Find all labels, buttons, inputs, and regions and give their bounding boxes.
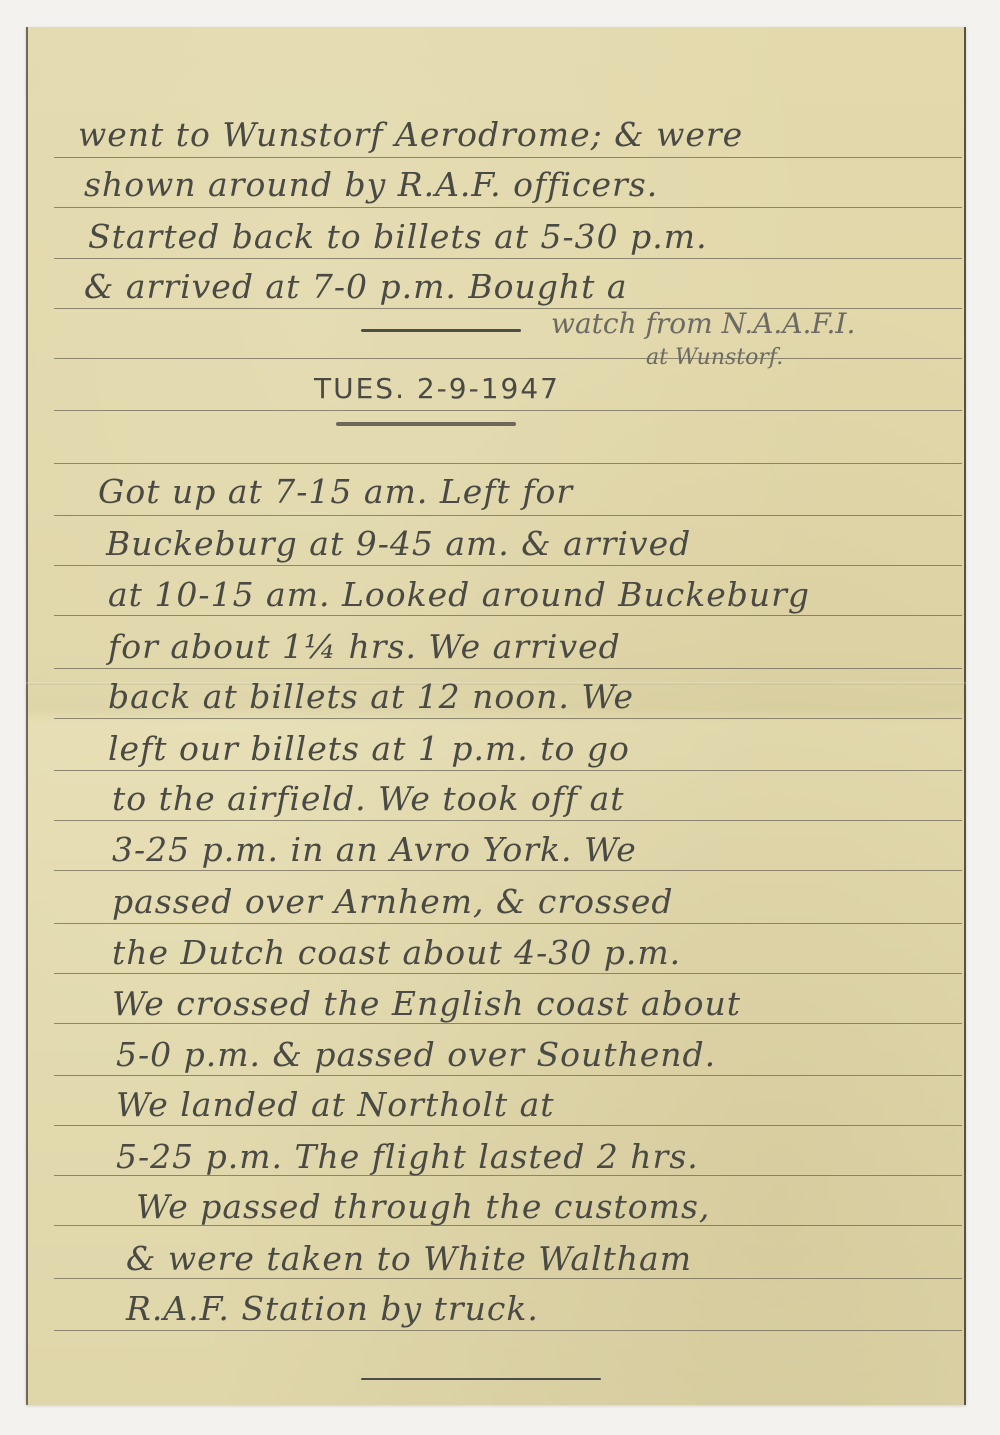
diary-page: went to Wunstorf Aerodrome; & were shown… [26, 27, 966, 1405]
text-line: to the airfield. We took off at [112, 779, 625, 818]
ruled-line [54, 718, 962, 719]
ruled-line [54, 1023, 962, 1024]
ruled-line [54, 1330, 962, 1331]
text-line: Got up at 7-15 am. Left for [98, 472, 573, 511]
ruled-line [54, 358, 962, 359]
text-line: back at billets at 12 noon. We [108, 677, 634, 716]
ruled-line [54, 1125, 962, 1126]
entry-date-heading: TUES. 2-9-1947 [314, 372, 560, 405]
text-line: We landed at Northolt at [116, 1085, 555, 1124]
text-line: went to Wunstorf Aerodrome; & were [78, 115, 743, 154]
text-line: Started back to billets at 5-30 p.m. [88, 217, 708, 256]
margin-annotation: watch from N.A.A.F.I. [551, 307, 855, 340]
text-line: We crossed the English coast about [112, 984, 741, 1023]
text-line: & were taken to White Waltham [126, 1239, 692, 1278]
ruled-line [54, 820, 962, 821]
closing-underline [361, 1378, 601, 1380]
text-line: 5-25 p.m. The flight lasted 2 hrs. [116, 1137, 699, 1176]
text-line: left our billets at 1 p.m. to go [108, 729, 630, 768]
ruled-line [54, 515, 962, 516]
ruled-line [54, 923, 962, 924]
text-line: R.A.F. Station by truck. [126, 1289, 539, 1328]
ruled-line [54, 207, 962, 208]
text-line: passed over Arnhem, & crossed [112, 882, 674, 921]
ruled-line [54, 770, 962, 771]
section-divider-stroke [361, 329, 521, 332]
ruled-line [54, 463, 962, 464]
text-line: 3-25 p.m. in an Avro York. We [112, 830, 637, 869]
text-line: Buckeburg at 9-45 am. & arrived [106, 524, 691, 563]
text-line: 5-0 p.m. & passed over Southend. [116, 1035, 716, 1074]
ruled-line [54, 973, 962, 974]
ruled-line [54, 615, 962, 616]
text-line: for about 1¼ hrs. We arrived [108, 627, 621, 666]
ruled-line [54, 410, 962, 411]
ruled-line [54, 157, 962, 158]
heading-underline [336, 422, 516, 426]
margin-annotation: at Wunstorf. [646, 345, 783, 370]
ruled-line [54, 565, 962, 566]
text-line: at 10-15 am. Looked around Buckeburg [108, 575, 810, 614]
ruled-line [54, 668, 962, 669]
text-line: the Dutch coast about 4-30 p.m. [112, 933, 681, 972]
ruled-line [54, 1278, 962, 1279]
text-line: & arrived at 7-0 p.m. Bought a [84, 267, 628, 306]
ruled-line [54, 870, 962, 871]
text-line: shown around by R.A.F. officers. [84, 165, 658, 204]
ruled-line [54, 258, 962, 259]
text-line: We passed through the customs, [136, 1187, 710, 1226]
ruled-line [54, 1075, 962, 1076]
